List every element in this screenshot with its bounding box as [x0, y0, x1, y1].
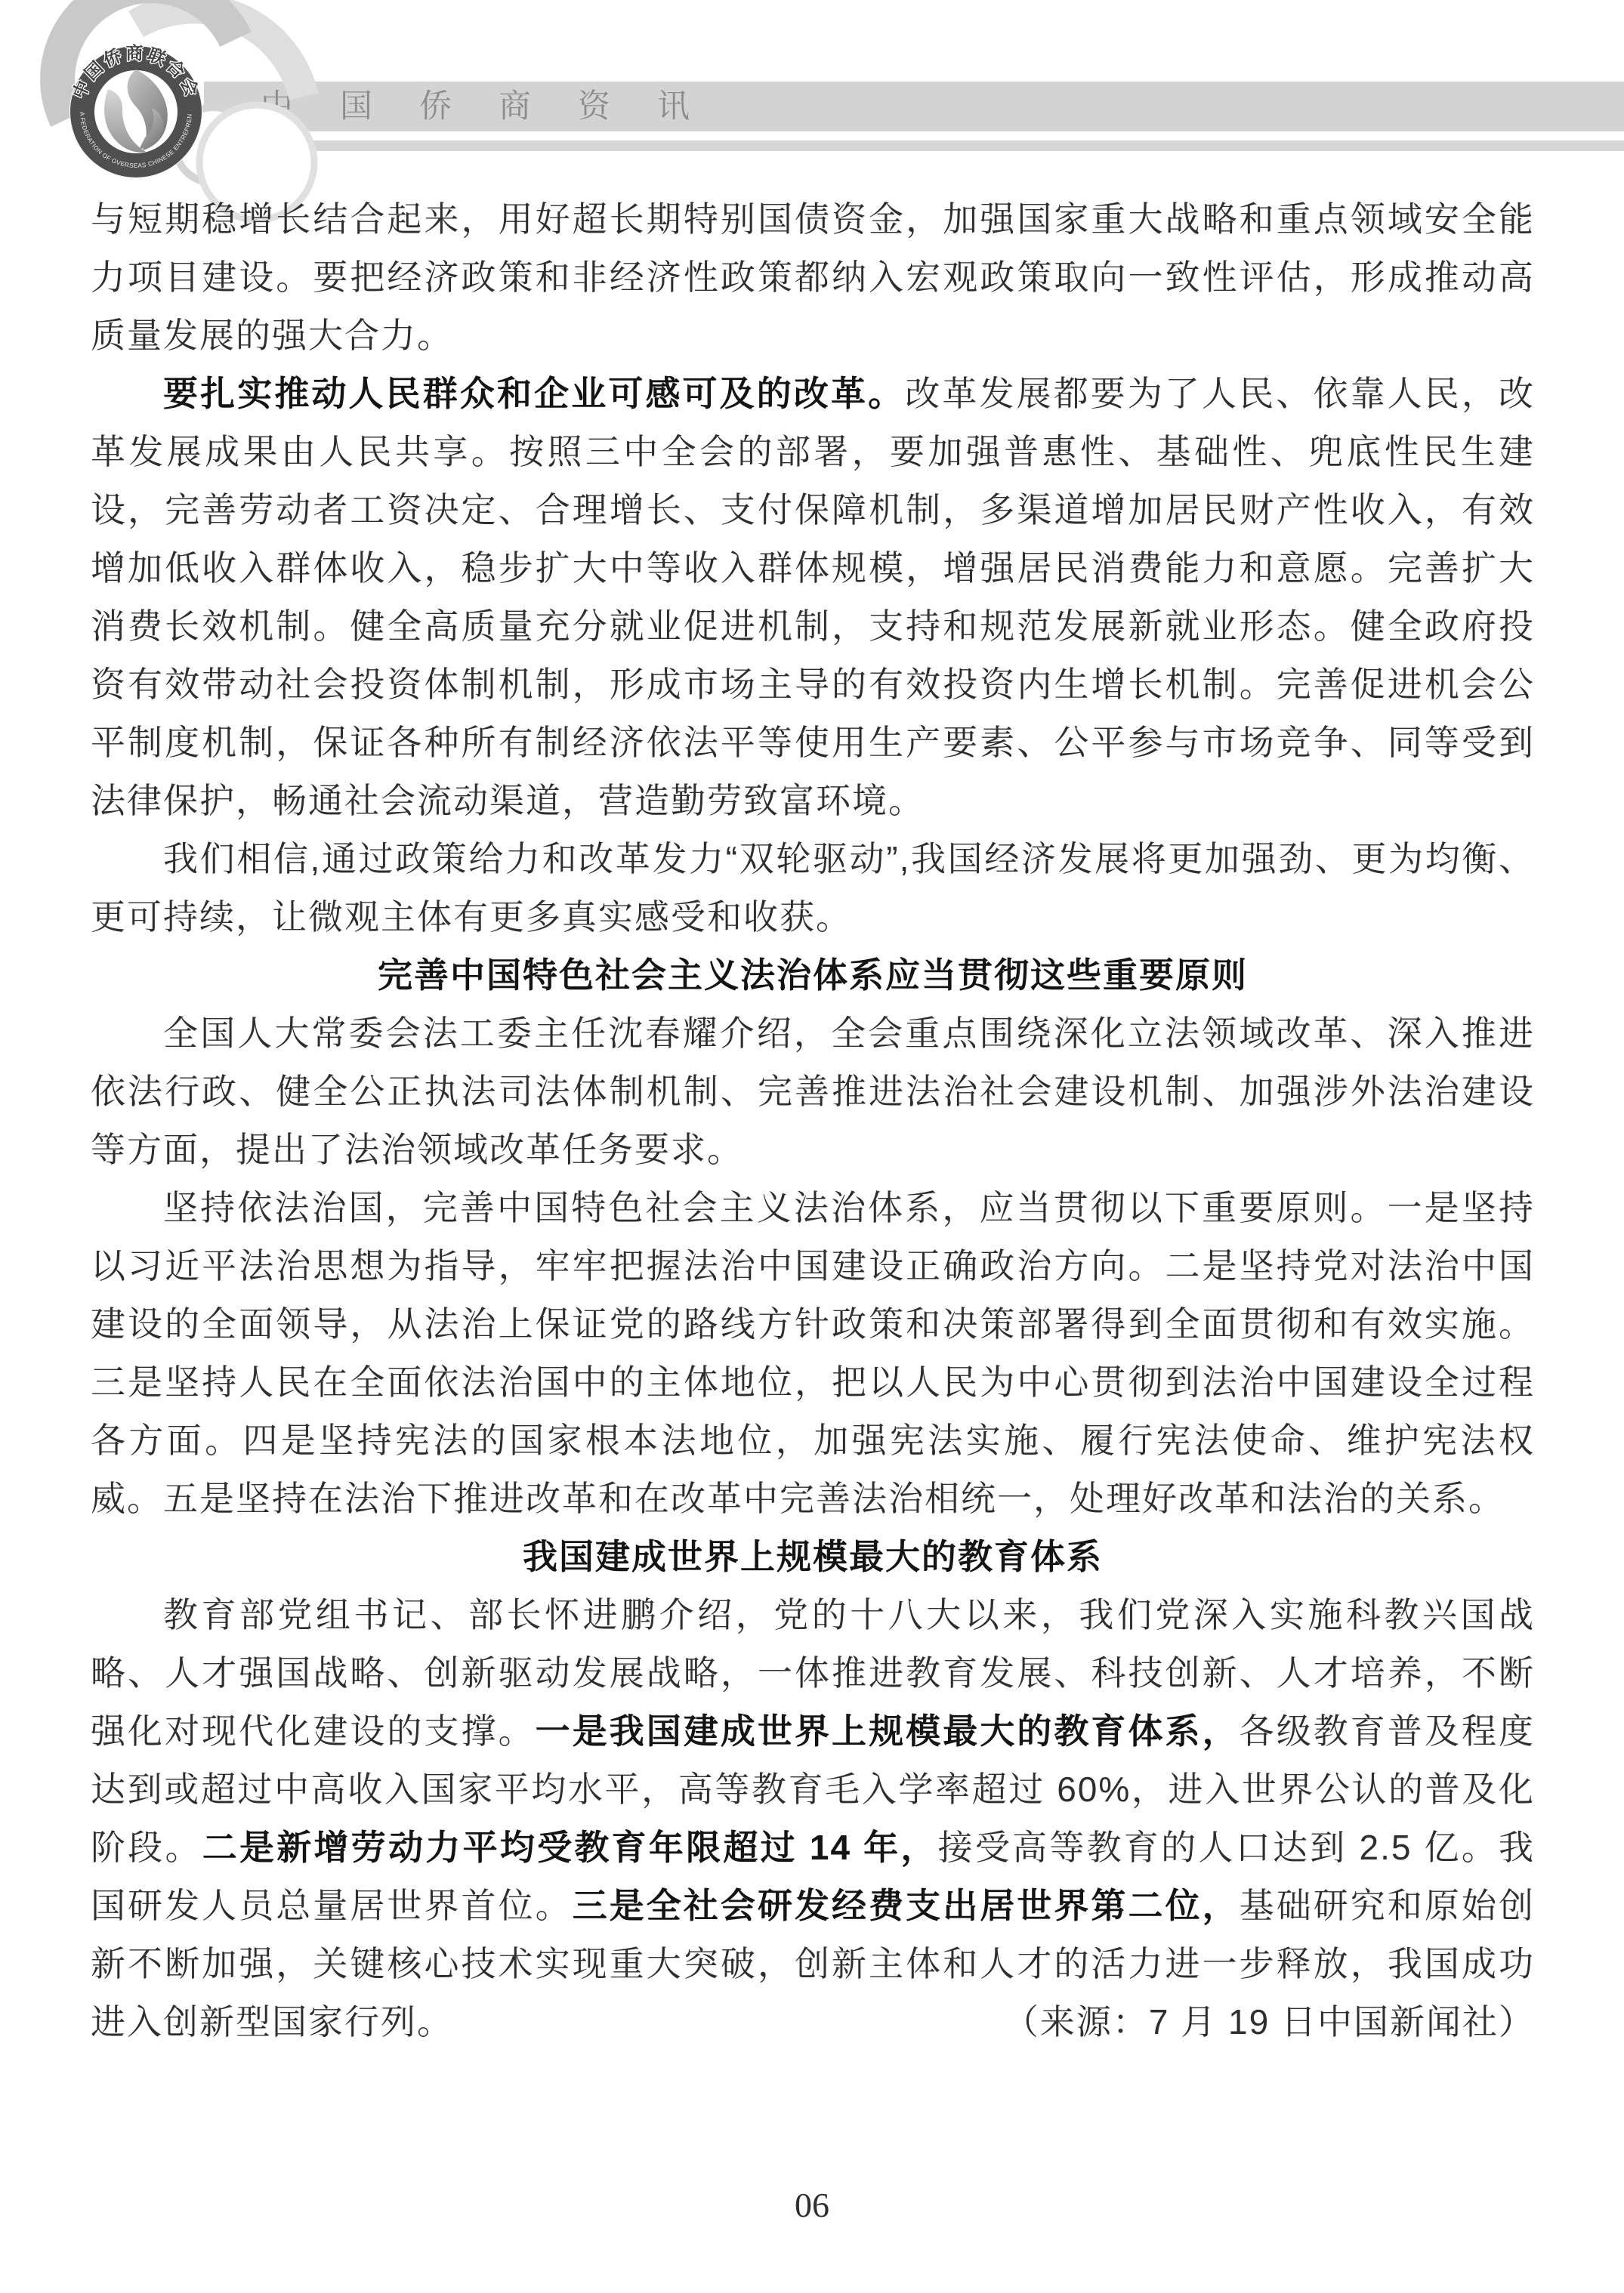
bold-run: 要扎实推动人民群众和企业可感可及的改革。 [163, 374, 905, 413]
bold-run: 三是全社会研发经费支出居世界第二位， [573, 1886, 1240, 1925]
paragraph: 要扎实推动人民群众和企业可感可及的改革。改革发展都要为了人民、依靠人民，改革发展… [91, 365, 1535, 830]
text-run: 我们相信,通过政策给力和改革发力“双轮驱动”,我国经济发展将更加强劲、更为均衡、… [91, 839, 1535, 937]
article: 与短期稳增长结合起来，用好超长期特别国债资金，加强国家重大战略和重点领域安全能力… [91, 190, 1535, 2051]
section-heading: 完善中国特色社会主义法治体系应当贯彻这些重要原则 [91, 946, 1535, 1005]
header-banner-stripe [204, 140, 1624, 151]
paragraph: 全国人大常委会法工委主任沈春耀介绍，全会重点围绕深化立法领域改革、深入推进依法行… [91, 1005, 1535, 1179]
paragraph: 教育部党组书记、部长怀进鹏介绍，党的十八大以来，我们党深入实施科教兴国战略、人才… [91, 1586, 1535, 2051]
text-run: 全国人大常委会法工委主任沈春耀介绍，全会重点围绕深化立法领域改革、深入推进依法行… [91, 1014, 1535, 1169]
paragraph: 我们相信,通过政策给力和改革发力“双轮驱动”,我国经济发展将更加强劲、更为均衡、… [91, 830, 1535, 946]
text-run: 我国建成世界上规模最大的教育体系 [523, 1537, 1103, 1576]
text-run: 与短期稳增长结合起来，用好超长期特别国债资金，加强国家重大战略和重点领域安全能力… [91, 199, 1535, 355]
magazine-page: 中国侨商资讯 中国侨商联合会 CHINA FEDERATION OF OVERS… [0, 0, 1624, 2293]
page-number: 06 [0, 2185, 1624, 2225]
bold-run: 一是我国建成世界上规模最大的教育体系， [536, 1711, 1240, 1751]
text-run: 改革发展都要为了人民、依靠人民，改革发展成果由人民共享。按照三中全会的部署，要加… [91, 374, 1535, 820]
bold-run: 二是新增劳动力平均受教育年限超过 14 年， [202, 1828, 938, 1867]
paragraph: 坚持依法治国，完善中国特色社会主义法治体系，应当贯彻以下重要原则。一是坚持以习近… [91, 1179, 1535, 1528]
paragraph: 与短期稳增长结合起来，用好超长期特别国债资金，加强国家重大战略和重点领域安全能力… [91, 190, 1535, 365]
source-credit: （来源：7 月 19 日中国新闻社） [931, 1993, 1535, 2051]
section-heading: 我国建成世界上规模最大的教育体系 [91, 1528, 1535, 1586]
text-run: 完善中国特色社会主义法治体系应当贯彻这些重要原则 [378, 955, 1248, 995]
text-run: 坚持依法治国，完善中国特色社会主义法治体系，应当贯彻以下重要原则。一是坚持以习近… [91, 1188, 1535, 1518]
